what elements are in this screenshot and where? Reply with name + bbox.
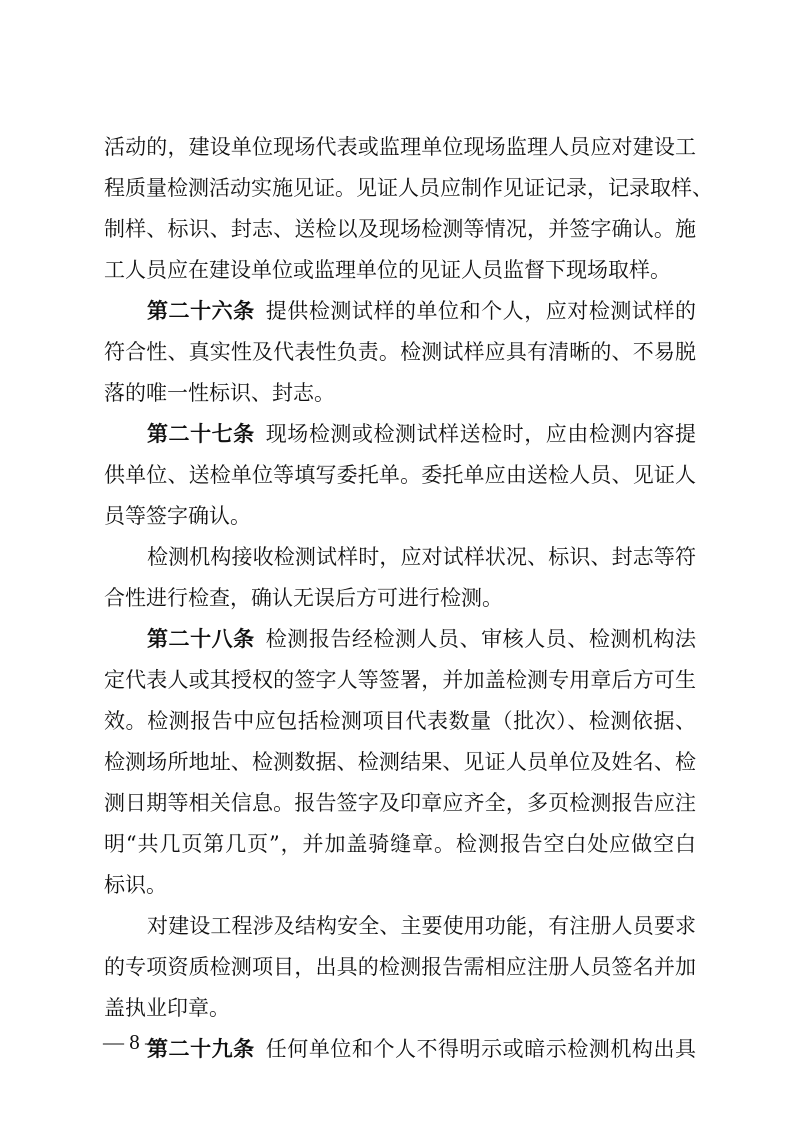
line-text: 效。检测报告中应包括检测项目代表数量（批次）、检测依据、	[104, 709, 696, 733]
text-line: 第二十八条 检测报告经检测人员、审核人员、检测机构法	[104, 619, 696, 660]
line-text: 的专项资质检测项目，出具的检测报告需相应注册人员签名并加	[104, 955, 696, 979]
text-line: 检测场所地址、检测数据、检测结果、见证人员单位及姓名、检	[104, 742, 696, 783]
text-line: 符合性、真实性及代表性负责。检测试样应具有清晰的、不易脱	[104, 332, 696, 373]
text-line: 的专项资质检测项目，出具的检测报告需相应注册人员签名并加	[104, 947, 696, 988]
line-text: 检测机构接收检测试样时，应对试样状况、标识、封志等符	[147, 545, 696, 569]
line-text: 员等签字确认。	[104, 504, 251, 528]
line-text: 活动的，建设单位现场代表或监理单位现场监理人员应对建设工	[104, 135, 696, 159]
line-text: 提供检测试样的单位和个人，应对检测试样的	[265, 299, 696, 323]
text-line: 程质量检测活动实施见证。见证人员应制作见证记录，记录取样、	[104, 168, 696, 209]
line-text: 标识。	[104, 873, 167, 897]
text-line: 测日期等相关信息。报告签字及印章应齐全，多页检测报告应注	[104, 783, 696, 824]
article-heading: 第二十七条	[147, 422, 255, 446]
line-text: 程质量检测活动实施见证。见证人员应制作见证记录，记录取样、	[104, 176, 713, 200]
line-text: 落的唯一性标识、封志。	[104, 381, 335, 405]
line-text: 盖执业印章。	[104, 996, 230, 1020]
text-line: 对建设工程涉及结构安全、主要使用功能，有注册人员要求	[104, 906, 696, 947]
text-line: 第二十六条 提供检测试样的单位和个人，应对检测试样的	[104, 291, 696, 332]
text-line: 第二十七条 现场检测或检测试样送检时，应由检测内容提	[104, 414, 696, 455]
text-line: 工人员应在建设单位或监理单位的见证人员监督下现场取样。	[104, 250, 696, 291]
text-line: 定代表人或其授权的签字人等签署，并加盖检测专用章后方可生	[104, 660, 696, 701]
line-text: 明“共几页第几页”，并加盖骑缝章。检测报告空白处应做空白	[104, 832, 696, 856]
line-text: 制样、标识、封志、送检以及现场检测等情况，并签字确认。施	[104, 217, 696, 241]
line-text: 测日期等相关信息。报告签字及印章应齐全，多页检测报告应注	[104, 791, 696, 815]
line-text: 对建设工程涉及结构安全、主要使用功能，有注册人员要求	[147, 914, 696, 938]
text-line: 第二十九条 任何单位和个人不得明示或暗示检测机构出具	[104, 1029, 696, 1070]
text-line: 检测机构接收检测试样时，应对试样状况、标识、封志等符	[104, 537, 696, 578]
article-heading: 第二十六条	[147, 299, 255, 323]
text-line: 合性进行检查，确认无误后方可进行检测。	[104, 578, 696, 619]
line-text: 定代表人或其授权的签字人等签署，并加盖检测专用章后方可生	[104, 668, 696, 692]
line-text: 合性进行检查，确认无误后方可进行检测。	[104, 586, 503, 610]
line-text: 检测报告经检测人员、审核人员、检测机构法	[265, 627, 696, 651]
line-text: 符合性、真实性及代表性负责。检测试样应具有清晰的、不易脱	[104, 340, 696, 364]
text-line: 标识。	[104, 865, 696, 906]
text-line: 效。检测报告中应包括检测项目代表数量（批次）、检测依据、	[104, 701, 696, 742]
text-line: 明“共几页第几页”，并加盖骑缝章。检测报告空白处应做空白	[104, 824, 696, 865]
page-number: — 8 —	[103, 1030, 166, 1055]
text-line: 供单位、送检单位等填写委托单。委托单应由送检人员、见证人	[104, 455, 696, 496]
line-text: 检测场所地址、检测数据、检测结果、见证人员单位及姓名、检	[104, 750, 696, 774]
text-line: 制样、标识、封志、送检以及现场检测等情况，并签字确认。施	[104, 209, 696, 250]
line-text: 工人员应在建设单位或监理单位的见证人员监督下现场取样。	[104, 258, 671, 282]
line-text: 现场检测或检测试样送检时，应由检测内容提	[265, 422, 696, 446]
line-text: 供单位、送检单位等填写委托单。委托单应由送检人员、见证人	[104, 463, 696, 487]
line-text: 任何单位和个人不得明示或暗示检测机构出具	[265, 1037, 696, 1061]
text-line: 活动的，建设单位现场代表或监理单位现场监理人员应对建设工	[104, 127, 696, 168]
text-line: 盖执业印章。	[104, 988, 696, 1029]
article-heading: 第二十八条	[147, 627, 255, 651]
document-body: 活动的，建设单位现场代表或监理单位现场监理人员应对建设工程质量检测活动实施见证。…	[104, 127, 696, 1070]
text-line: 员等签字确认。	[104, 496, 696, 537]
text-line: 落的唯一性标识、封志。	[104, 373, 696, 414]
